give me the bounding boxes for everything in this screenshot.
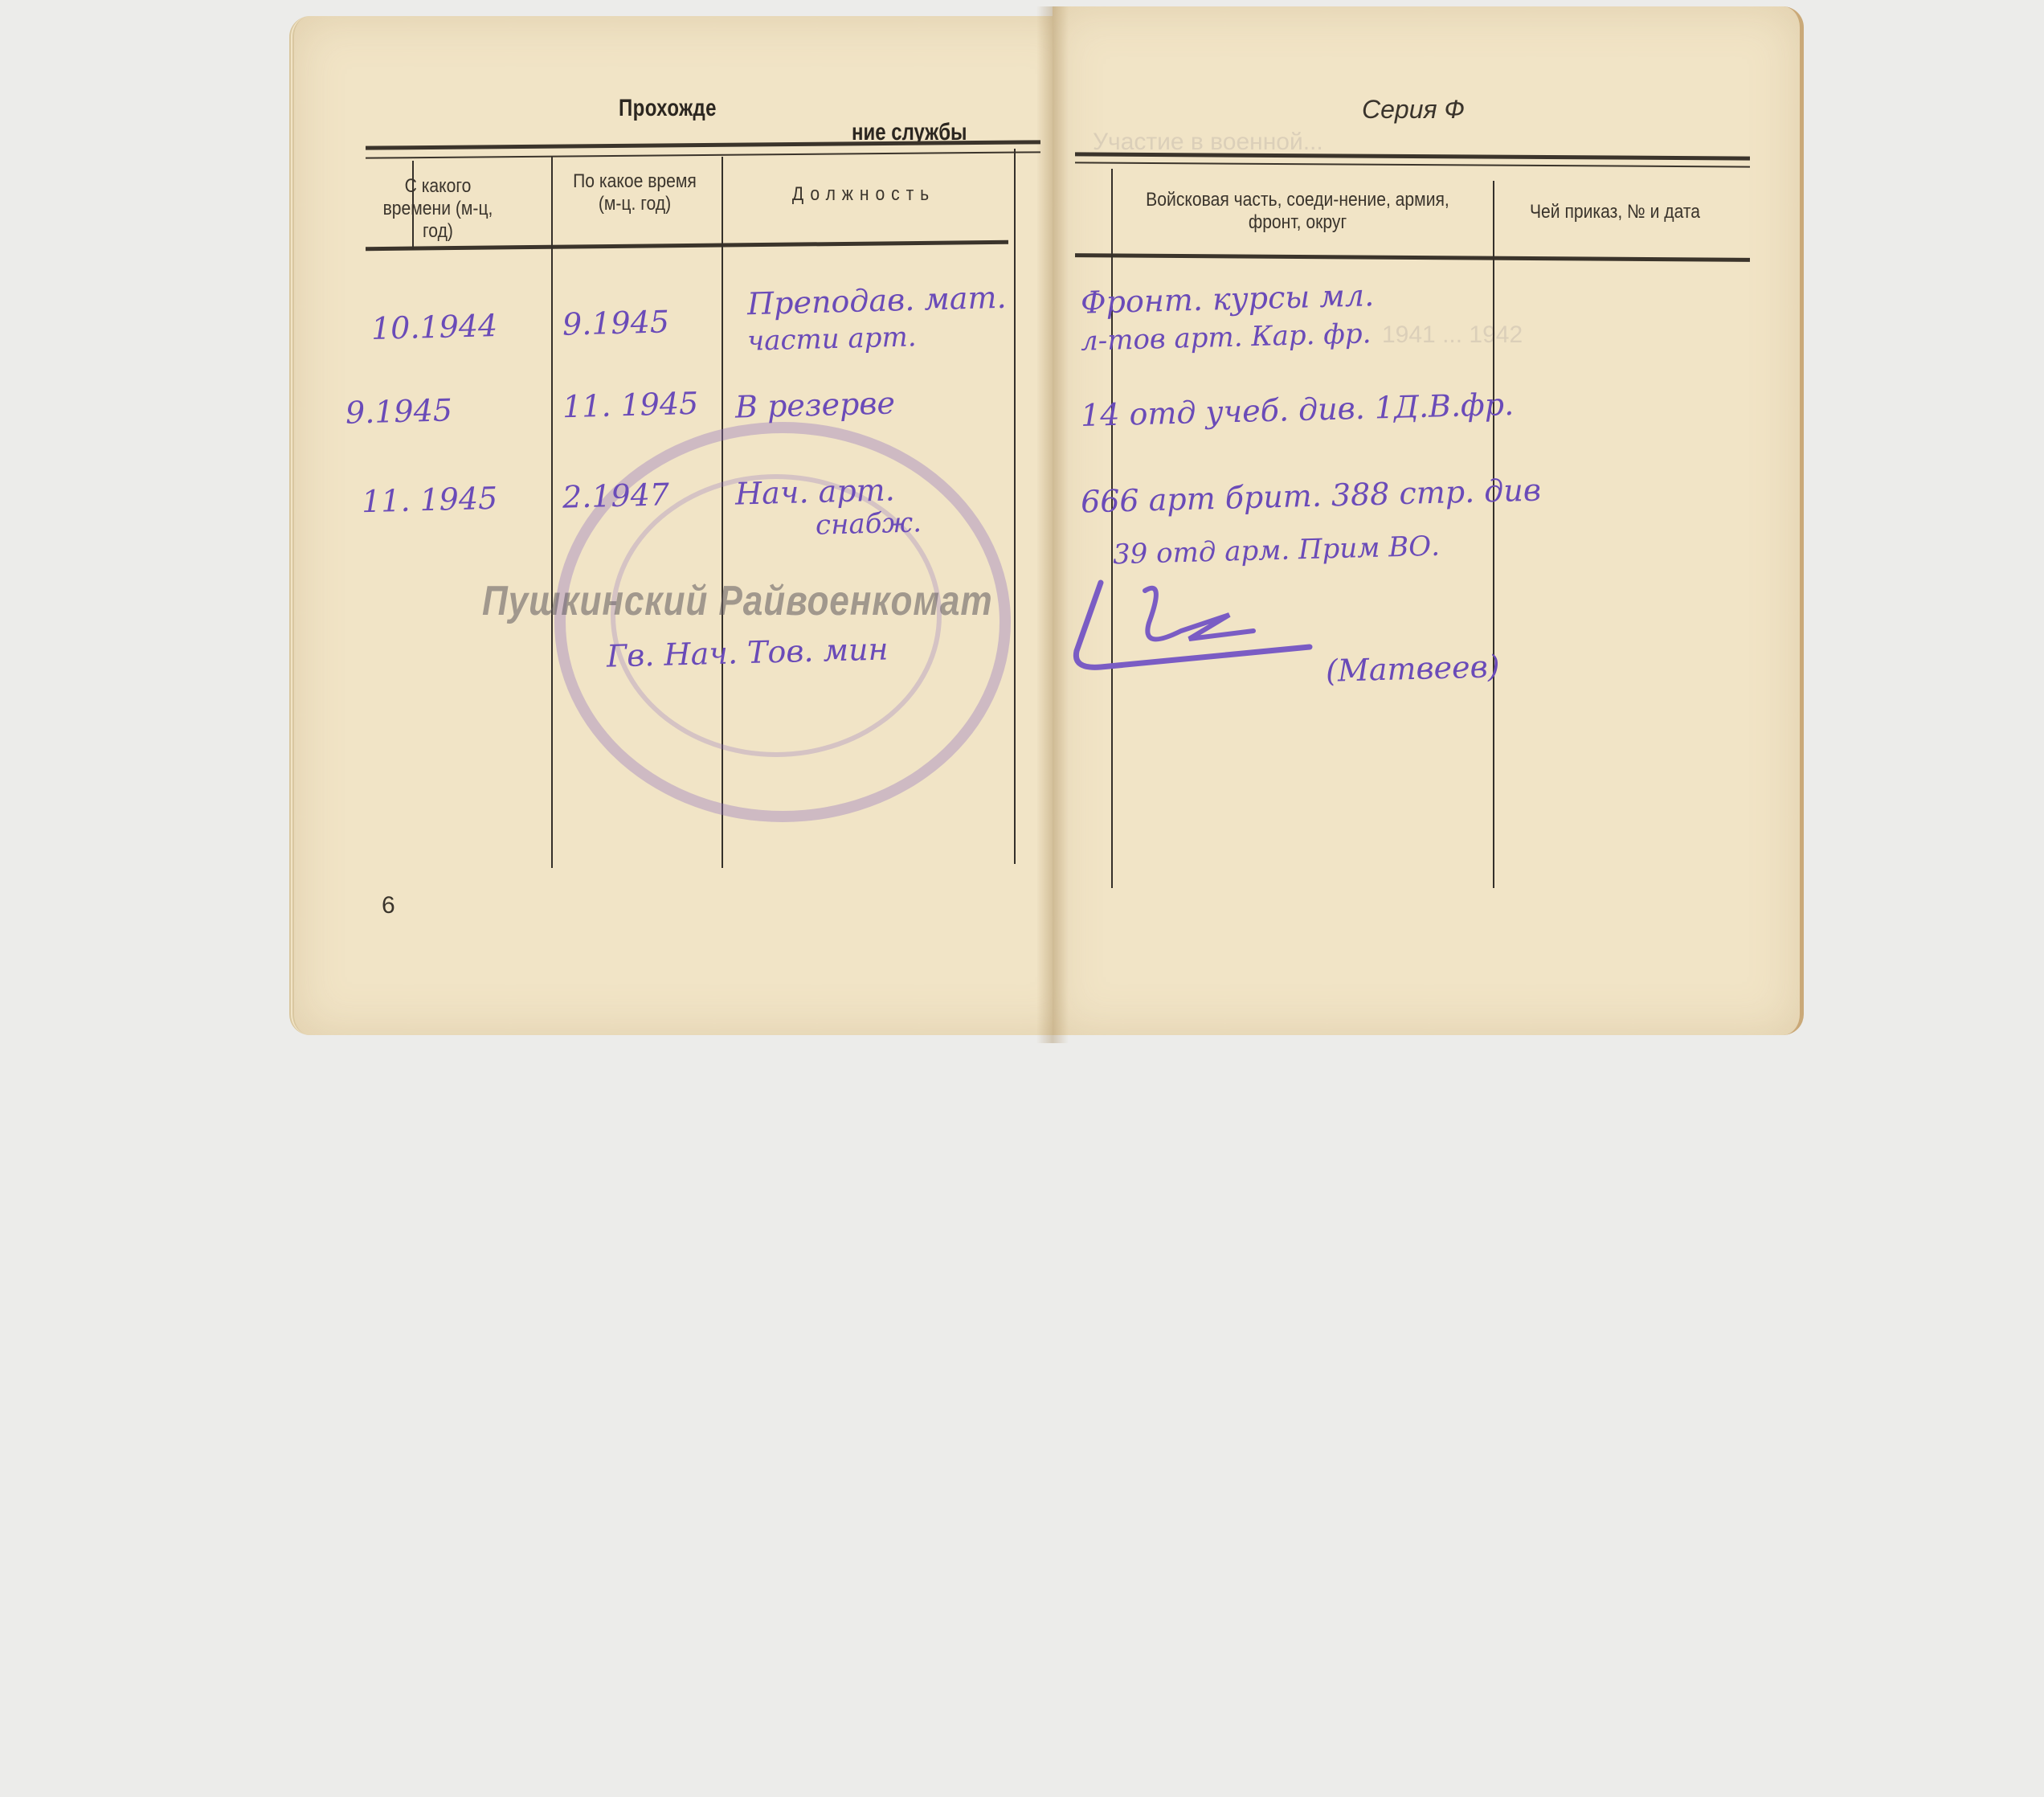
stamp-office-text: Пушкинский Райвоенкомат: [482, 577, 993, 625]
header-to-date: По какое время (м-ц. год): [564, 170, 705, 215]
right-page: [1053, 6, 1804, 1035]
show-through-text: 1941 ... 1942: [1382, 321, 1523, 349]
header-from-date: С какого времени (м-ц, год): [374, 175, 501, 243]
row1-position: Преподав. мат.: [746, 280, 1007, 321]
header-position: Должность: [743, 183, 983, 206]
row3-from: 11. 1945: [361, 481, 497, 519]
section-title-left: Прохожде: [619, 95, 717, 122]
row2-position: В резерве: [734, 385, 895, 424]
column-divider: [1014, 149, 1016, 864]
book-spine: [1036, 6, 1069, 1043]
column-divider: [1111, 169, 1113, 888]
row3-to: 2.1947: [562, 477, 669, 514]
row1-to: 9.1945: [562, 304, 669, 342]
column-divider: [1493, 181, 1494, 888]
page-number: 6: [382, 892, 395, 919]
series-label: Серия Ф: [1362, 95, 1465, 125]
row2-from: 9.1945: [345, 392, 452, 430]
row3-position-cont: снабж.: [815, 506, 922, 541]
row2-to: 11. 1945: [562, 386, 698, 424]
signature-scribble-icon: [1069, 575, 1326, 679]
header-military-unit: Войсковая часть, соеди-нение, армия, фро…: [1142, 189, 1453, 234]
row1-from: 10.1944: [370, 308, 497, 346]
row1-position-cont: части арт.: [747, 321, 917, 357]
header-order: Чей приказ, № и дата: [1516, 201, 1714, 223]
column-divider: [551, 157, 553, 868]
signature-name: (Матвеев): [1325, 649, 1500, 689]
row3-position: Нач. арт.: [734, 472, 895, 511]
signatory-title: Гв. Нач. Тов. мин: [606, 631, 889, 673]
